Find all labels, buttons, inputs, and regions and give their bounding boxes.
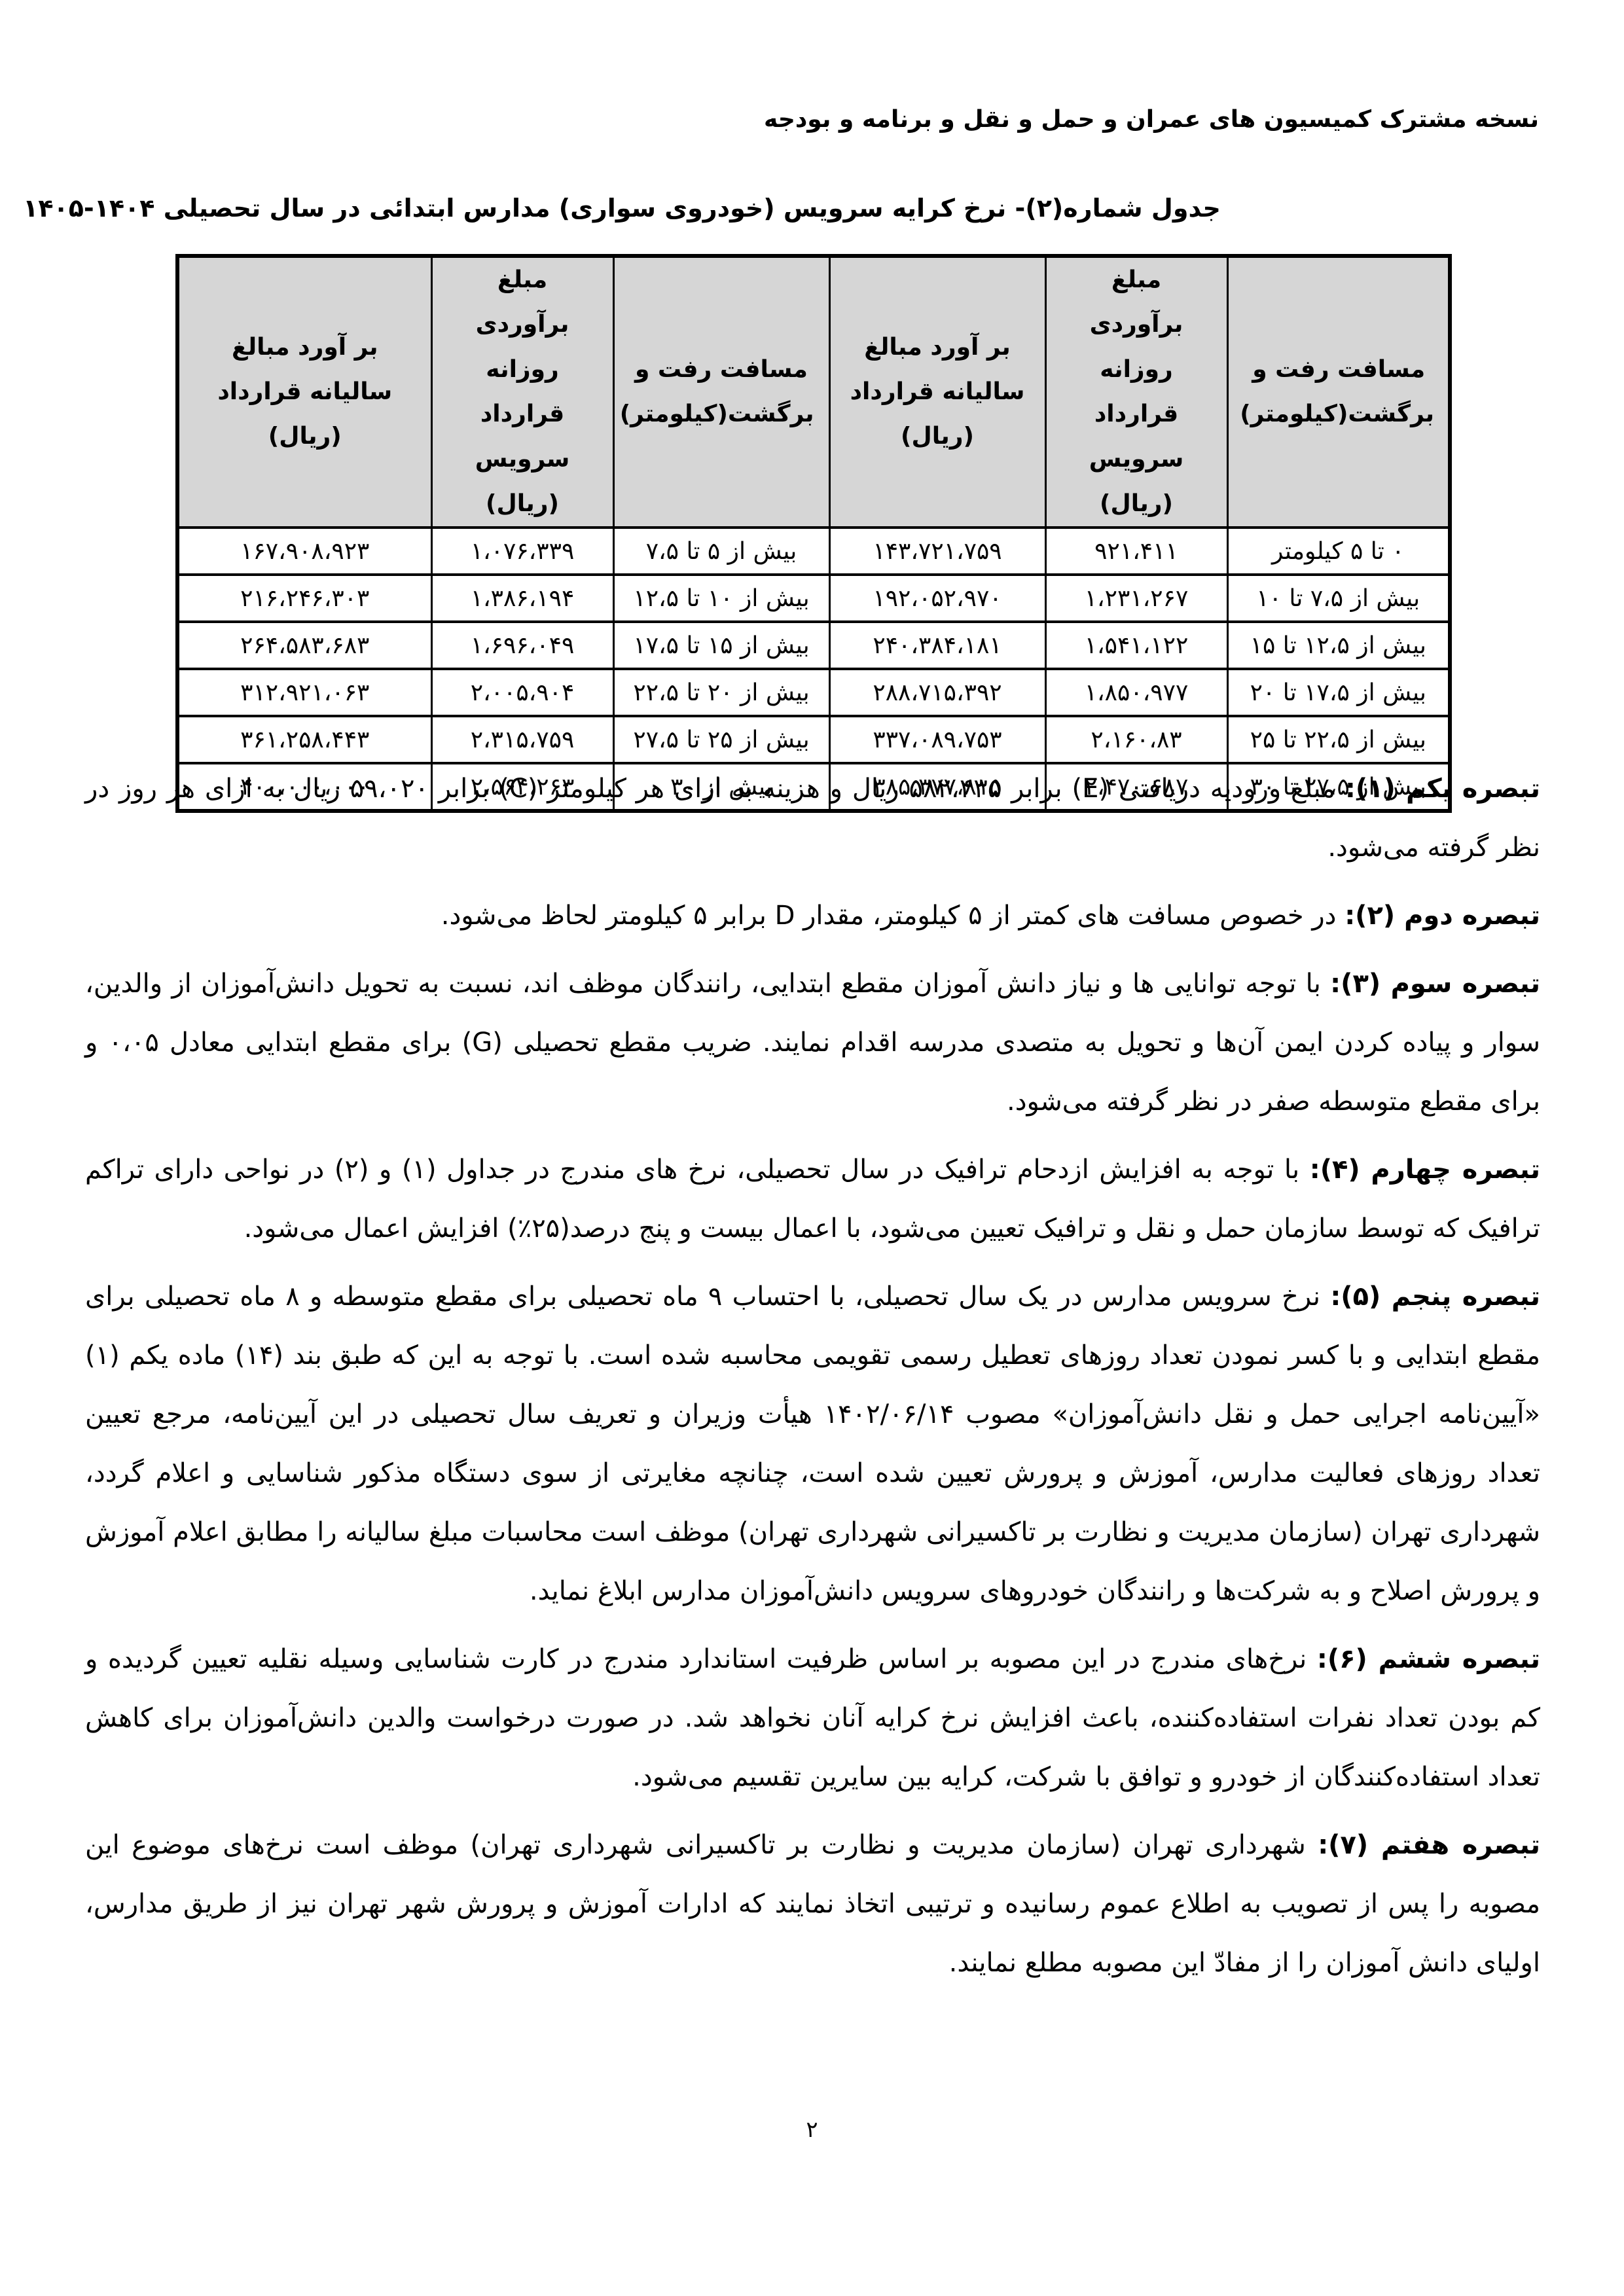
annual-amount-cell: ۳۶۱،۲۵۸،۴۴۳ — [177, 716, 431, 763]
annual-amount-cell: ۱۴۳،۷۲۱،۷۵۹ — [829, 528, 1045, 575]
header-distance-right: مسافت رفت و برگشت(کیلومتر) — [1227, 256, 1450, 528]
daily-rate-cell: ۱،۶۹۶،۰۴۹ — [431, 622, 613, 669]
header-annual-left: بر آورد مبالغ سالیانه قرارداد (ریال) — [177, 256, 431, 528]
distance-cell: بیش از ۵ تا ۷،۵ — [613, 528, 829, 575]
table-row: بیش از ۱۲،۵ تا ۱۵ ۱،۵۴۱،۱۲۲ ۲۴۰،۳۸۴،۱۸۱ … — [177, 622, 1450, 669]
distance-cell: بیش از ۱۵ تا ۱۷،۵ — [613, 622, 829, 669]
note-2-text: در خصوص مسافت های کمتر از ۵ کیلومتر، مقد… — [441, 901, 1344, 931]
distance-cell: بیش از ۱۲،۵ تا ۱۵ — [1227, 622, 1450, 669]
table-title: جدول شماره(۲)- نرخ کرایه سرویس (خودروی س… — [0, 194, 1244, 223]
note-5: تبصره پنجم (۵): نرخ سرویس مدارس در یک سا… — [85, 1267, 1540, 1621]
header-annual-right: بر آورد مبالغ سالیانه قرارداد (ریال) — [829, 256, 1045, 528]
daily-rate-cell: ۲،۱۶۰،۸۳ — [1045, 716, 1227, 763]
table-row: بیش از ۷،۵ تا ۱۰ ۱،۲۳۱،۲۶۷ ۱۹۲،۰۵۲،۹۷۰ ب… — [177, 575, 1450, 622]
daily-rate-cell: ۲،۳۱۵،۷۵۹ — [431, 716, 613, 763]
header-distance-left: مسافت رفت و برگشت(کیلومتر) — [613, 256, 829, 528]
distance-cell: بیش از ۱۰ تا ۱۲،۵ — [613, 575, 829, 622]
daily-rate-cell: ۱،۲۳۱،۲۶۷ — [1045, 575, 1227, 622]
fare-table: مسافت رفت و برگشت(کیلومتر) مبلغ برآوردی … — [175, 254, 1452, 813]
note-2-label: تبصره دوم (۲): — [1344, 901, 1540, 931]
note-3-label: تبصره سوم (۳): — [1330, 969, 1540, 999]
table-row: بیش از ۱۷،۵ تا ۲۰ ۱،۸۵۰،۹۷۷ ۲۸۸،۷۱۵،۳۹۲ … — [177, 669, 1450, 716]
daily-rate-cell: ۱،۸۵۰،۹۷۷ — [1045, 669, 1227, 716]
distance-cell: بیش از ۱۷،۵ تا ۲۰ — [1227, 669, 1450, 716]
note-4-label: تبصره چهارم (۴): — [1310, 1155, 1540, 1185]
document-header: نسخه مشترک کمیسیون های عمران و حمل و نقل… — [764, 106, 1539, 133]
table-row: ۰ تا ۵ کیلومتر ۹۲۱،۴۱۱ ۱۴۳،۷۲۱،۷۵۹ بیش ا… — [177, 528, 1450, 575]
fare-table-header: مسافت رفت و برگشت(کیلومتر) مبلغ برآوردی … — [177, 256, 1450, 528]
distance-cell: بیش از ۷،۵ تا ۱۰ — [1227, 575, 1450, 622]
distance-cell: بیش از ۲۰ تا ۲۲،۵ — [613, 669, 829, 716]
note-3: تبصره سوم (۳): با توجه توانایی ها و نیاز… — [85, 954, 1540, 1131]
daily-rate-cell: ۱،۵۴۱،۱۲۲ — [1045, 622, 1227, 669]
annual-amount-cell: ۳۳۷،۰۸۹،۷۵۳ — [829, 716, 1045, 763]
daily-rate-cell: ۲،۰۰۵،۹۰۴ — [431, 669, 613, 716]
note-5-label: تبصره پنجم (۵): — [1330, 1282, 1540, 1312]
annual-amount-cell: ۲۴۰،۳۸۴،۱۸۱ — [829, 622, 1045, 669]
annual-amount-cell: ۱۹۲،۰۵۲،۹۷۰ — [829, 575, 1045, 622]
note-3-text: با توجه توانایی ها و نیاز دانش آموزان مق… — [85, 969, 1540, 1117]
page-number: ۲ — [0, 2117, 1624, 2143]
document-page: { "page": { "top_header": "نسخه مشترک کم… — [0, 0, 1624, 2296]
note-1-text: مبلغ ورودیه دریافتی (E) برابر ۵۸۲،۴۳۵ ری… — [85, 774, 1540, 863]
annual-amount-cell: ۱۶۷،۹۰۸،۹۲۳ — [177, 528, 431, 575]
annual-amount-cell: ۲۸۸،۷۱۵،۳۹۲ — [829, 669, 1045, 716]
note-6-label: تبصره ششم (۶): — [1317, 1644, 1540, 1674]
daily-rate-cell: ۱،۳۸۶،۱۹۴ — [431, 575, 613, 622]
distance-cell: ۰ تا ۵ کیلومتر — [1227, 528, 1450, 575]
daily-rate-cell: ۱،۰۷۶،۳۳۹ — [431, 528, 613, 575]
note-5-text: نرخ سرویس مدارس در یک سال تحصیلی، با احت… — [85, 1282, 1540, 1606]
note-1: تبصره یکم (۱): مبلغ ورودیه دریافتی (E) ب… — [85, 759, 1540, 877]
header-daily-left: مبلغ برآوردی روزانه قرارداد سرویس (ریال) — [431, 256, 613, 528]
notes-section: تبصره یکم (۱): مبلغ ورودیه دریافتی (E) ب… — [85, 759, 1540, 2001]
table-row: بیش از ۲۲،۵ تا ۲۵ ۲،۱۶۰،۸۳ ۳۳۷،۰۸۹،۷۵۳ ب… — [177, 716, 1450, 763]
distance-cell: بیش از ۲۵ تا ۲۷،۵ — [613, 716, 829, 763]
daily-rate-cell: ۹۲۱،۴۱۱ — [1045, 528, 1227, 575]
annual-amount-cell: ۲۶۴،۵۸۳،۶۸۳ — [177, 622, 431, 669]
table-header-row: مسافت رفت و برگشت(کیلومتر) مبلغ برآوردی … — [177, 256, 1450, 528]
annual-amount-cell: ۳۱۲،۹۲۱،۰۶۳ — [177, 669, 431, 716]
note-4: تبصره چهارم (۴): با توجه به افزایش ازدحا… — [85, 1140, 1540, 1258]
header-daily-right: مبلغ برآوردی روزانه قرارداد سرویس (ریال) — [1045, 256, 1227, 528]
note-7-label: تبصره هفتم (۷): — [1318, 1830, 1540, 1860]
note-1-label: تبصره یکم (۱): — [1345, 774, 1540, 804]
distance-cell: بیش از ۲۲،۵ تا ۲۵ — [1227, 716, 1450, 763]
note-2: تبصره دوم (۲): در خصوص مسافت های کمتر از… — [85, 886, 1540, 945]
note-7: تبصره هفتم (۷): شهرداری تهران (سازمان مد… — [85, 1816, 1540, 1992]
annual-amount-cell: ۲۱۶،۲۴۶،۳۰۳ — [177, 575, 431, 622]
note-6: تبصره ششم (۶): نرخ‌های مندرج در این مصوب… — [85, 1630, 1540, 1806]
